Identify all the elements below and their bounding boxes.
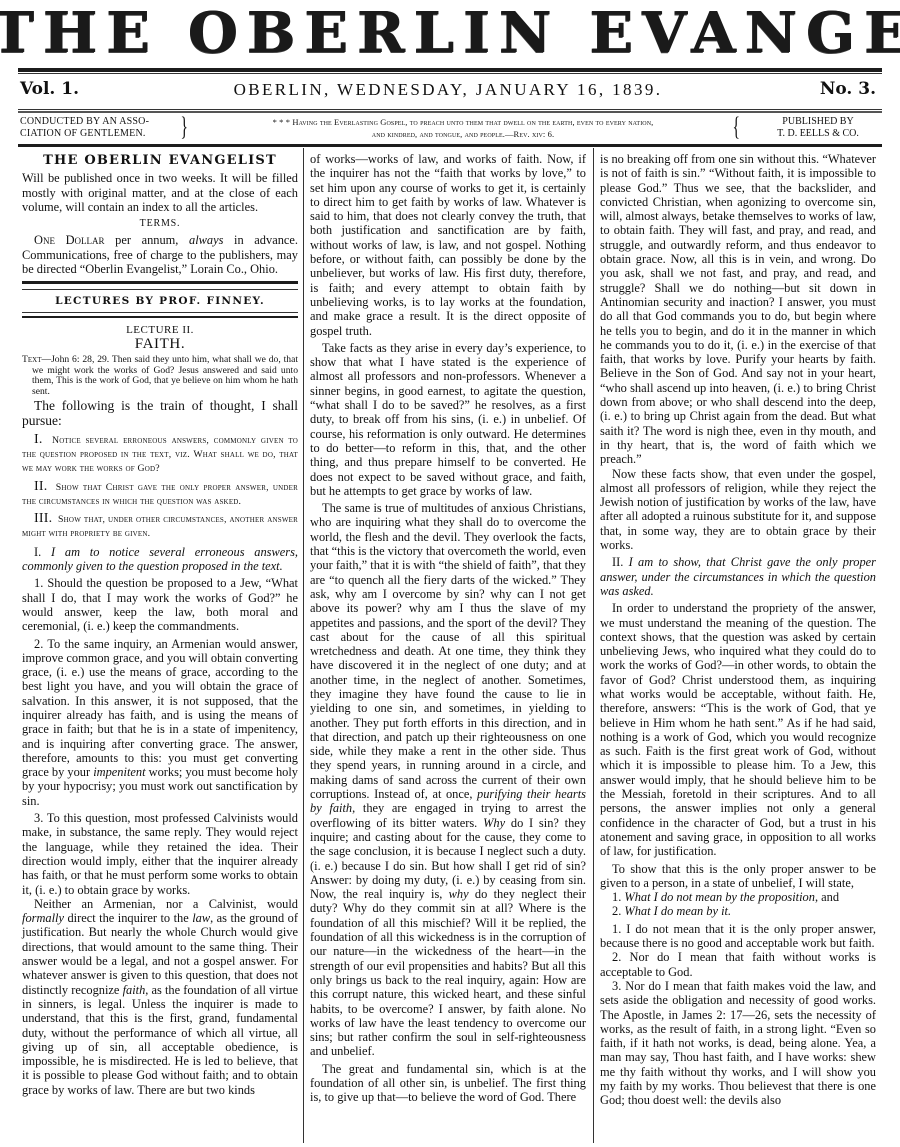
terms-text-part: per annum,	[105, 233, 190, 247]
paragraph: The same is true of multitudes of anxiou…	[310, 501, 586, 1059]
paragraph: is no breaking off from one sin without …	[600, 152, 876, 467]
column-1: THE OBERLIN EVANGELIST Will be published…	[22, 152, 298, 1097]
dateline-rule	[18, 109, 882, 110]
outline-head-3: III. Show that, under other circumstance…	[22, 512, 298, 542]
paragraph: 2. Nor do I mean that faith without work…	[600, 950, 876, 979]
paragraph: 1. I do not mean that it is the only pro…	[600, 922, 876, 951]
list-text: What I do not mean by the proposition	[624, 890, 815, 904]
part-heading-text: I am to notice several erroneous answers…	[22, 545, 298, 573]
list-number: 1.	[612, 890, 621, 904]
notice-title: THE OBERLIN EVANGELIST	[22, 154, 298, 168]
paragraph: Take facts as they arise in every day’s …	[310, 341, 586, 498]
paragraph: In order to understand the propriety of …	[600, 601, 876, 858]
subhead-bar: CONDUCTED BY AN ASSO- CIATION OF GENTLEM…	[18, 116, 882, 142]
section-rule-bottom	[22, 312, 298, 318]
list-item: 1. What I do not mean by the proposition…	[600, 890, 876, 904]
published-by: PUBLISHED BY T. D. EELLS & CO.	[758, 116, 878, 140]
newspaper-page: THE OBERLIN EVANGELIST. Vol. 1. OBERLIN,…	[0, 0, 900, 1147]
dateline-rule-2	[18, 111, 882, 113]
issue-date: OBERLIN, WEDNESDAY, JANUARY 16, 1839.	[198, 80, 698, 100]
part-numeral: I.	[34, 545, 41, 559]
text-reference: —John 6: 28, 29. Then said they unto him…	[32, 354, 298, 397]
newspaper-title: THE OBERLIN EVANGELIST.	[0, 2, 900, 64]
emphasis: impenitent	[93, 765, 145, 779]
text-label: Text	[22, 354, 41, 365]
text-run: direct the inquirer to the	[64, 911, 192, 925]
head-numeral: III.	[34, 511, 52, 526]
part-2-heading: II. I am to show, that Christ gave the o…	[600, 555, 876, 598]
column-3: is no breaking off from one sin without …	[600, 152, 876, 1108]
emphasis: law	[192, 911, 210, 925]
list-item: 2. What I do mean by it.	[600, 904, 876, 918]
outline-head-2: II. Show that Christ gave the only prope…	[22, 480, 298, 510]
column-divider-1	[303, 148, 304, 1143]
text-run: Neither an Armenian, nor a Calvinist, wo…	[34, 897, 298, 911]
head-text: Show that Christ gave the only proper an…	[22, 482, 298, 507]
left-brace-icon: {	[732, 114, 739, 140]
text-run: The same is true of multitudes of anxiou…	[310, 501, 586, 801]
paragraph: To show that this is the only proper ans…	[600, 862, 876, 891]
paragraph: Neither an Armenian, nor a Calvinist, wo…	[22, 897, 298, 1097]
terms-emphasis: always	[189, 233, 223, 247]
motto-line2: and kindred, and tongue, and people.—Rev…	[208, 128, 718, 140]
paragraph: Now these facts show, that even under th…	[600, 467, 876, 553]
section-rule	[22, 281, 298, 290]
text-run: , as the foundation of all virtue in sin…	[22, 983, 298, 1097]
scripture-motto: * * * Having the Everlasting Gospel, to …	[208, 116, 718, 140]
masthead-rule	[18, 68, 882, 72]
price: One Dollar	[34, 233, 105, 247]
head-text: Notice several erroneous answers, common…	[22, 435, 298, 475]
paragraph: 1. Should the question be proposed to a …	[22, 576, 298, 633]
emphasis: formally	[22, 911, 64, 925]
paragraph: 3. To this question, most professed Calv…	[22, 811, 298, 897]
issue-number: No. 3.	[820, 79, 876, 99]
head-numeral: II.	[34, 479, 47, 494]
masthead: THE OBERLIN EVANGELIST.	[0, 2, 900, 64]
column-divider-2	[593, 148, 594, 1143]
train-of-thought: The following is the train of thought, I…	[22, 398, 298, 429]
notice-intro: Will be published once in two weeks. It …	[22, 171, 298, 214]
list-text: What I do mean by it.	[624, 904, 731, 918]
text-run: 2. To the same inquiry, an Armenian woul…	[22, 637, 298, 780]
motto-line1: * * * Having the Everlasting Gospel, to …	[208, 116, 718, 128]
conducted-by-line2: CIATION OF GENTLEMEN.	[20, 128, 180, 140]
volume-label: Vol. 1.	[20, 79, 79, 99]
paragraph: of works—works of law, and works of fait…	[310, 152, 586, 338]
paragraph: 3. Nor do I mean that faith makes void t…	[600, 979, 876, 1108]
conducted-by: CONDUCTED BY AN ASSO- CIATION OF GENTLEM…	[20, 116, 180, 140]
emphasis: Why	[483, 816, 505, 830]
head-text: Show that, under other circumstances, an…	[22, 514, 298, 539]
scripture-text: Text—John 6: 28, 29. Then said they unto…	[22, 355, 298, 397]
paragraph: The great and fundamental sin, which is …	[310, 1062, 586, 1105]
publisher-name: T. D. EELLS & CO.	[758, 128, 878, 140]
list-number: 2.	[612, 904, 621, 918]
right-brace-icon: }	[180, 114, 187, 140]
emphasis: faith	[123, 983, 146, 997]
paragraph: 2. To the same inquiry, an Armenian woul…	[22, 637, 298, 809]
part-heading-text: I am to show, that Christ gave the only …	[600, 555, 876, 598]
part-1-heading: I. I am to notice several erroneous answ…	[22, 545, 298, 574]
conducted-by-line1: CONDUCTED BY AN ASSO-	[20, 116, 180, 128]
published-by-line1: PUBLISHED BY	[758, 116, 878, 128]
emphasis: why	[449, 887, 469, 901]
section-heading: LECTURES BY PROF. FINNEY.	[22, 294, 298, 308]
head-numeral: I.	[34, 432, 43, 447]
subhead-rule	[18, 144, 882, 147]
text-run: do they neglect their duty? Why do they …	[310, 887, 586, 1058]
column-2: of works—works of law, and works of fait…	[310, 152, 586, 1105]
lecture-title: FAITH.	[22, 337, 298, 351]
list-tail: , and	[815, 890, 839, 904]
masthead-rule-thin	[18, 73, 882, 74]
lecture-number: LECTURE II.	[22, 323, 298, 337]
dateline: Vol. 1. OBERLIN, WEDNESDAY, JANUARY 16, …	[18, 76, 882, 106]
terms-heading: TERMS.	[22, 217, 298, 231]
outline-head-1: I. Notice several erroneous answers, com…	[22, 433, 298, 477]
part-numeral: II.	[612, 555, 623, 569]
terms-text: One Dollar per annum, always in advance.…	[22, 233, 298, 276]
